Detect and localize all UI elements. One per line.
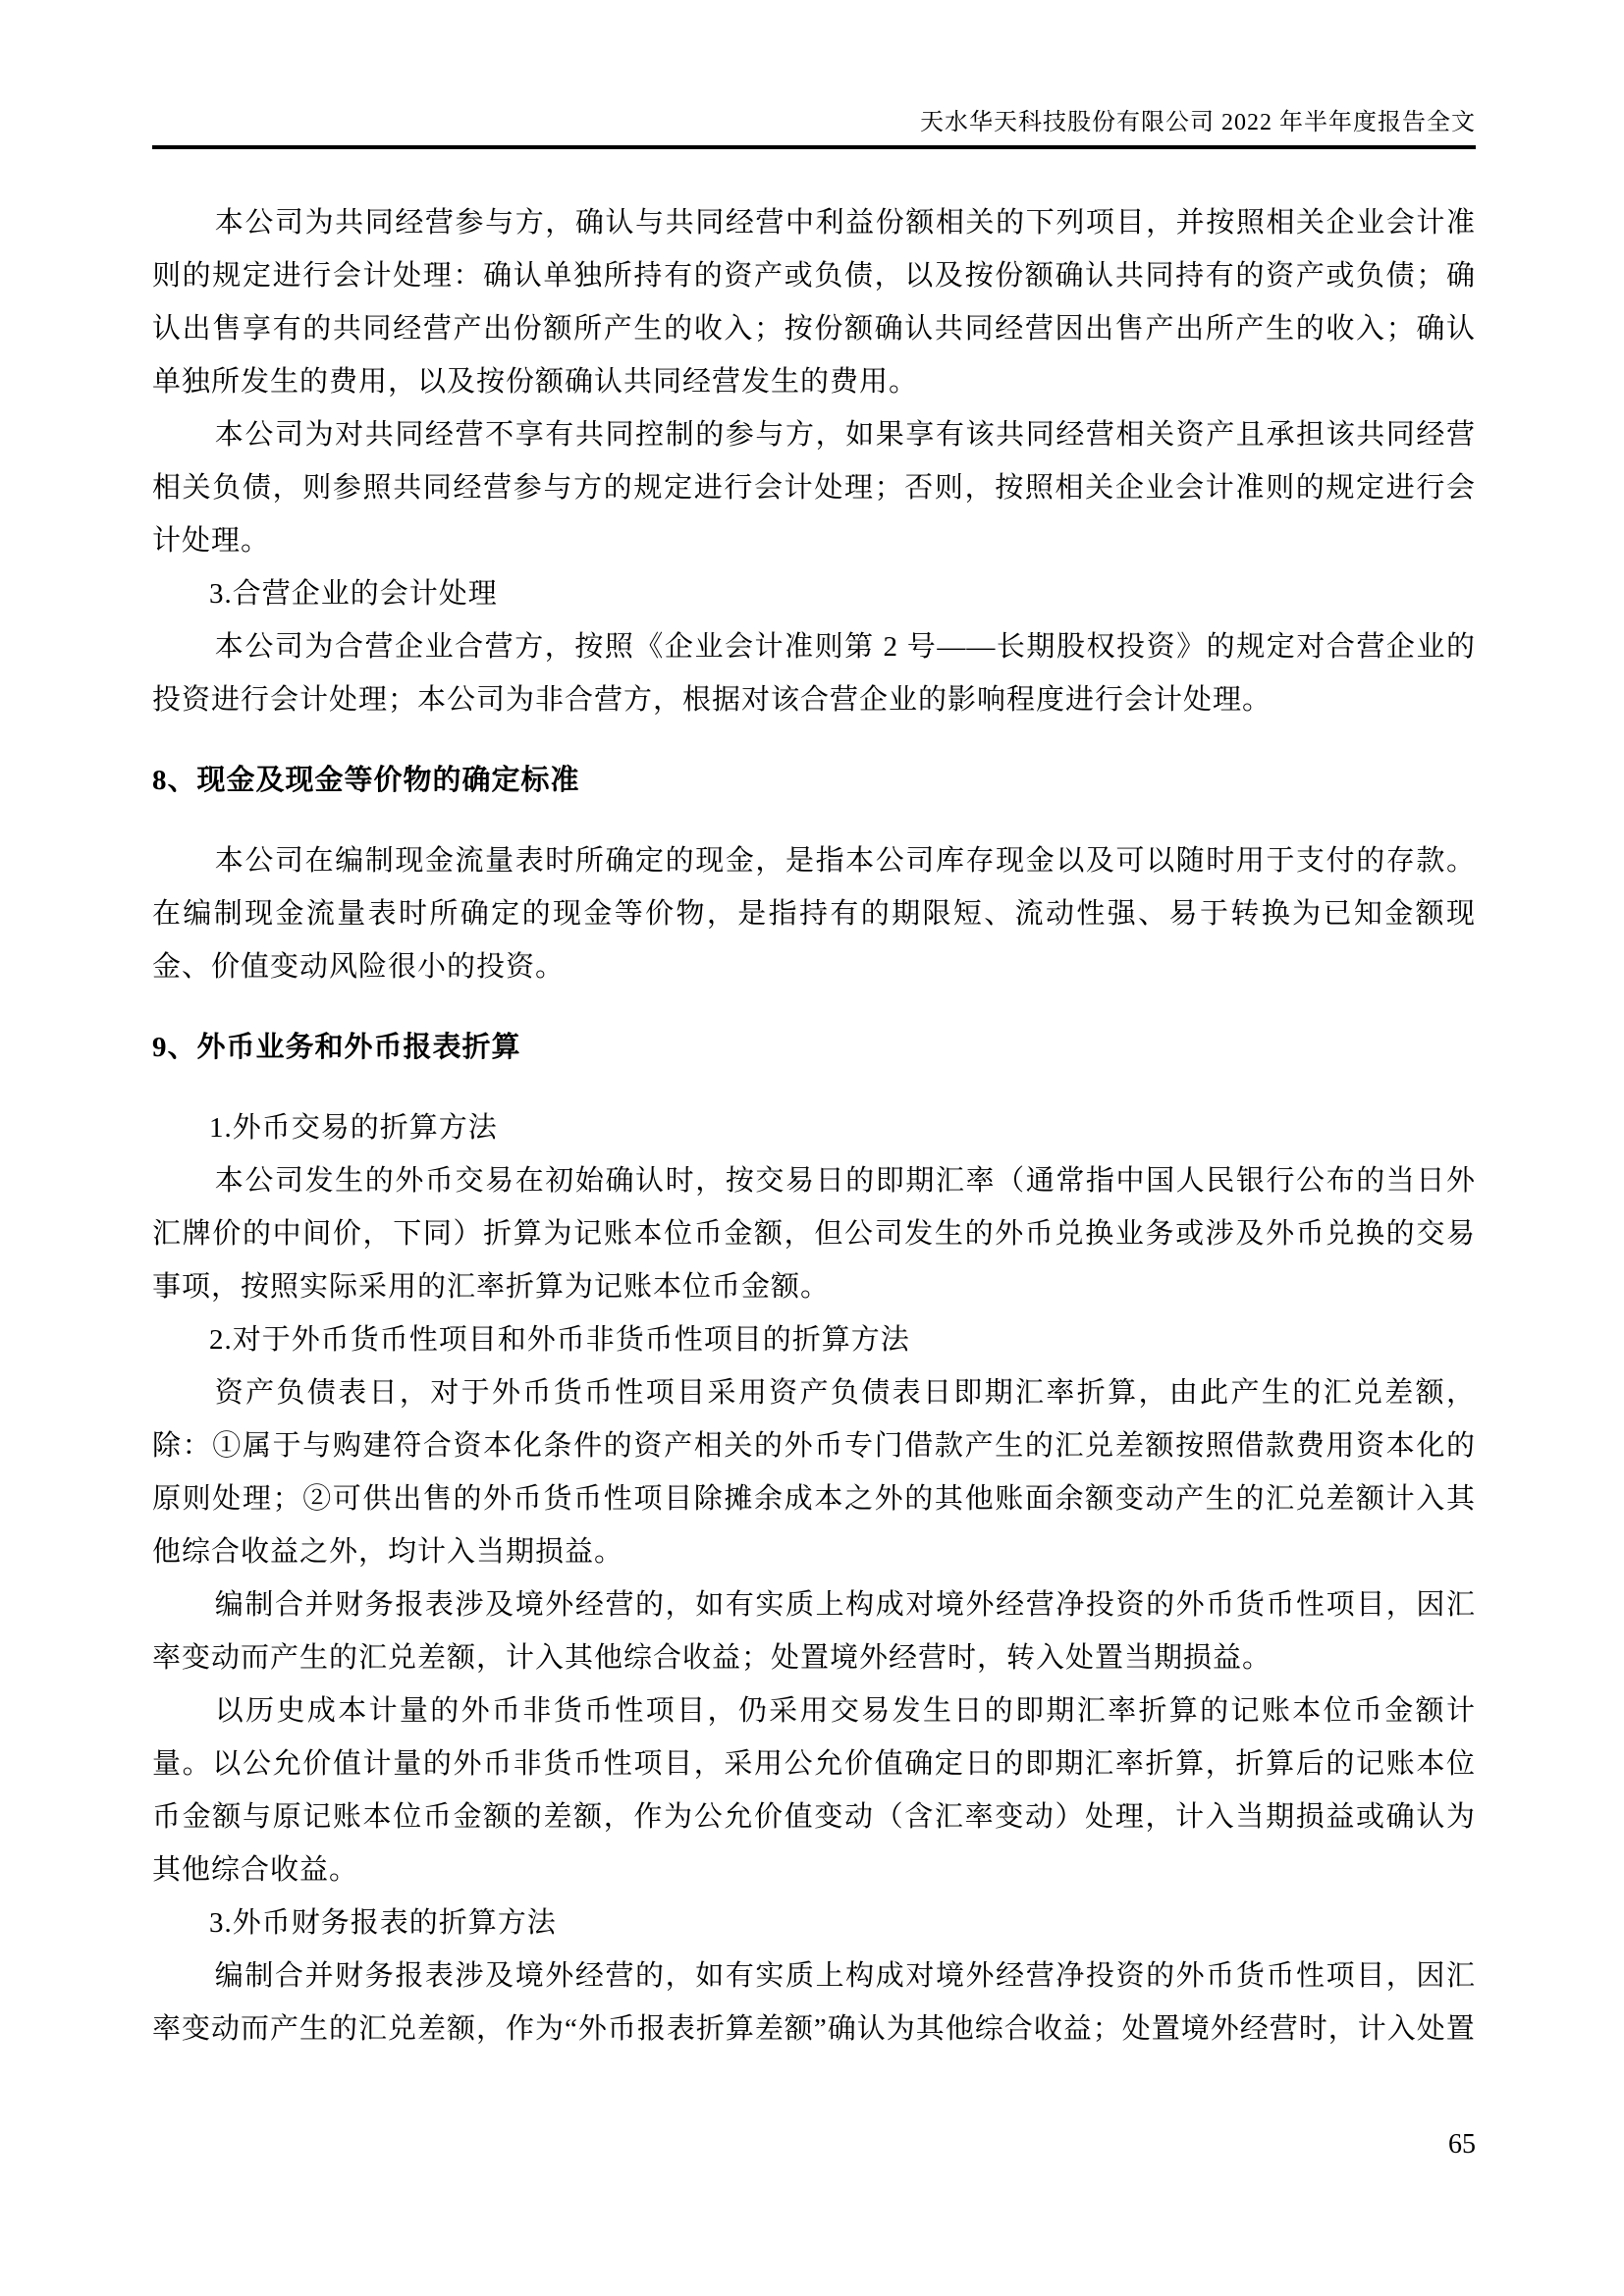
- paragraph-balance-sheet-date: 资产负债表日，对于外币货币性项目采用资产负债表日即期汇率折算，由此产生的汇兑差额…: [152, 1366, 1476, 1578]
- page-number: 65: [1448, 2128, 1476, 2162]
- paragraph-joint-operation: 本公司为共同经营参与方，确认与共同经营中利益份额相关的下列项目，并按照相关企业会…: [152, 196, 1476, 408]
- section-heading-9-foreign-currency: 9、外币业务和外币报表折算: [152, 1021, 1476, 1074]
- sub-heading-fx-transaction-method: 1.外币交易的折算方法: [152, 1101, 1476, 1154]
- paragraph-translation-difference: 编制合并财务报表涉及境外经营的，如有实质上构成对境外经营净投资的外币货币性项目，…: [152, 1949, 1476, 2056]
- page-header: 天水华天科技股份有限公司 2022 年半年度报告全文: [152, 0, 1476, 149]
- paragraph-consolidated-overseas: 编制合并财务报表涉及境外经营的，如有实质上构成对境外经营净投资的外币货币性项目，…: [152, 1578, 1476, 1684]
- paragraph-joint-venture: 本公司为合营企业合营方，按照《企业会计准则第 2 号——长期股权投资》的规定对合…: [152, 620, 1476, 726]
- sub-heading-joint-venture: 3.合营企业的会计处理: [152, 567, 1476, 620]
- paragraph-historical-cost-fx: 以历史成本计量的外币非货币性项目，仍采用交易发生日的即期汇率折算的记账本位币金额…: [152, 1684, 1476, 1896]
- section-heading-8-cash-equivalents: 8、现金及现金等价物的确定标准: [152, 754, 1476, 807]
- sub-heading-fx-statement-translation: 3.外币财务报表的折算方法: [152, 1896, 1476, 1949]
- paragraph-cash-definition: 本公司在编制现金流量表时所确定的现金，是指本公司库存现金以及可以随时用于支付的存…: [152, 834, 1476, 993]
- header-title: 天水华天科技股份有限公司 2022 年半年度报告全文: [152, 0, 1476, 145]
- document-body: 本公司为共同经营参与方，确认与共同经营中利益份额相关的下列项目，并按照相关企业会…: [152, 196, 1476, 2056]
- report-page: 天水华天科技股份有限公司 2022 年半年度报告全文 本公司为共同经营参与方，确…: [0, 0, 1624, 2296]
- paragraph-no-joint-control: 本公司为对共同经营不享有共同控制的参与方，如果享有该共同经营相关资产且承担该共同…: [152, 408, 1476, 567]
- header-rule: [152, 145, 1476, 149]
- paragraph-fx-initial-recognition: 本公司发生的外币交易在初始确认时，按交易日的即期汇率（通常指中国人民银行公布的当…: [152, 1154, 1476, 1313]
- sub-heading-fx-monetary-items: 2.对于外币货币性项目和外币非货币性项目的折算方法: [152, 1313, 1476, 1366]
